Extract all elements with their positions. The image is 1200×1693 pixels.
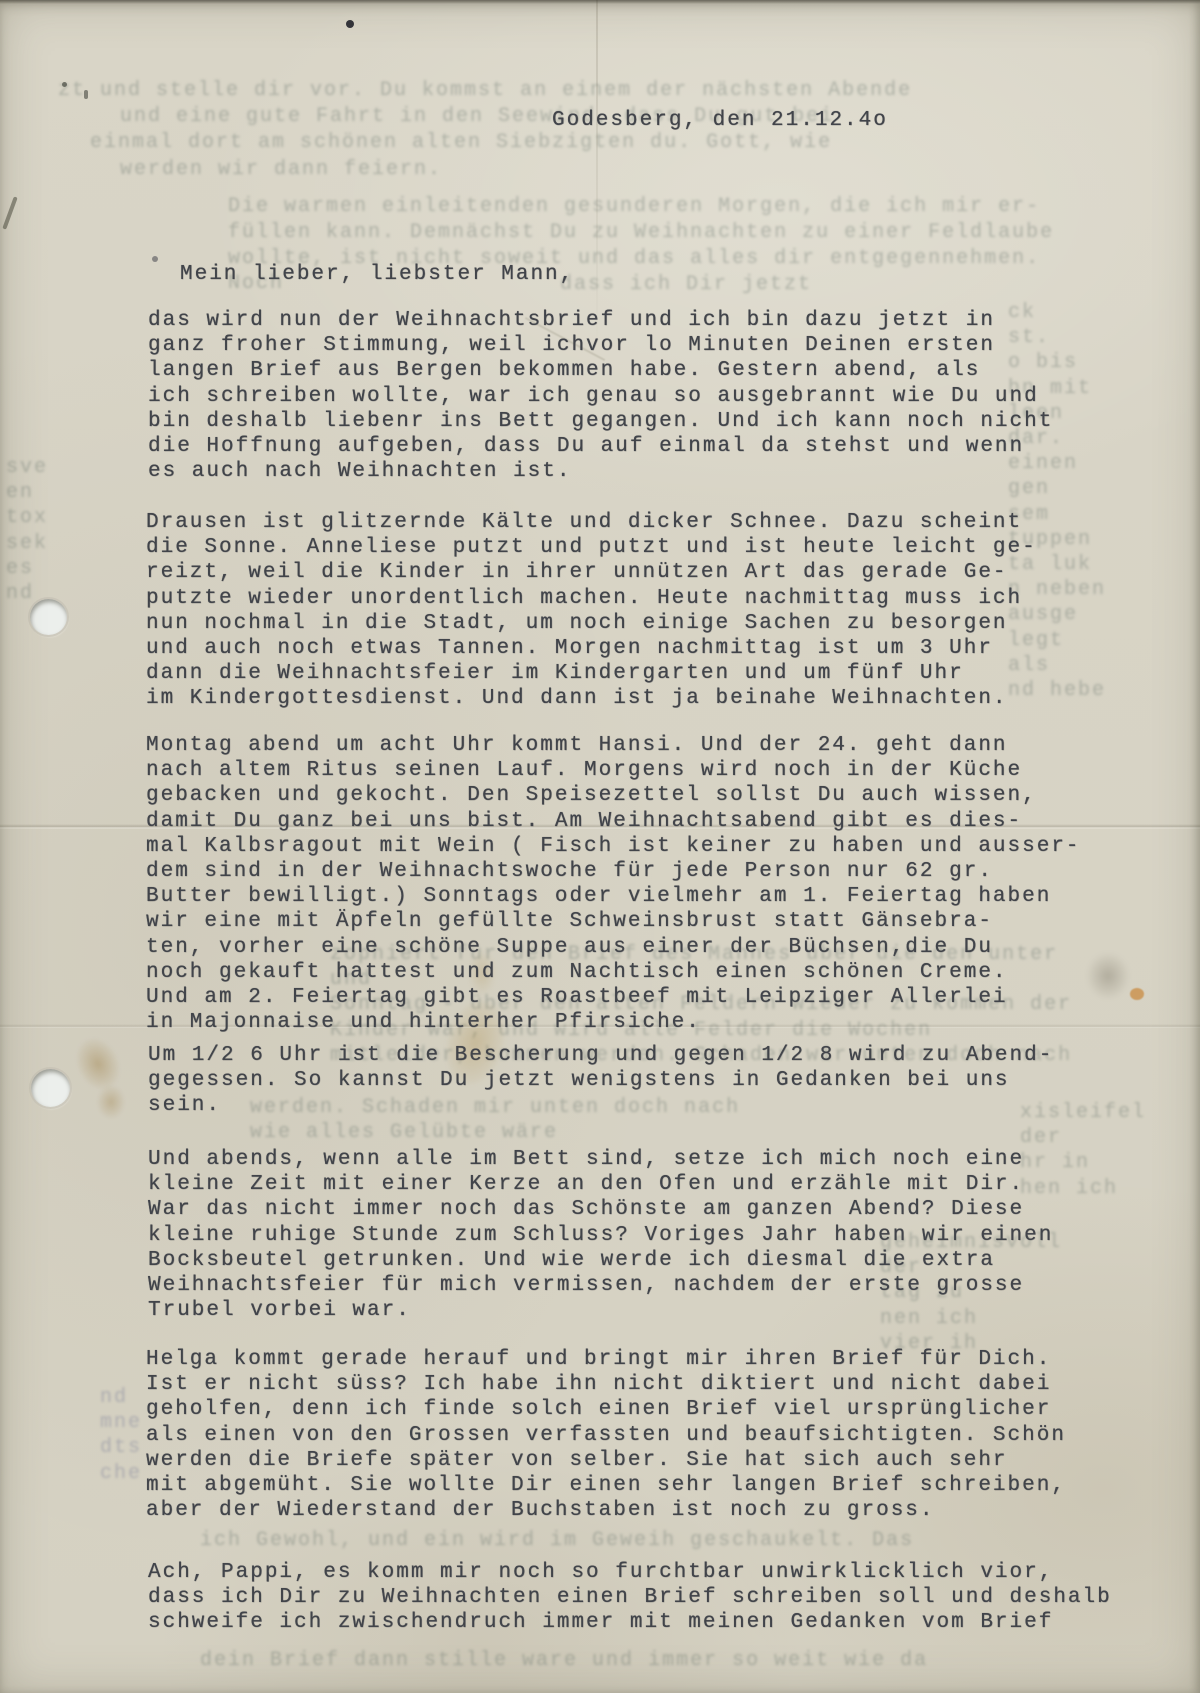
salutation: Mein lieber, liebster Mann, <box>180 262 574 287</box>
bleedthrough-text: füllen kann. Demnächst Du zu Weihnachten… <box>228 220 1108 245</box>
ink-speck <box>84 90 88 99</box>
ink-speck <box>2 196 17 229</box>
scan-edge-shadow <box>0 0 1200 4</box>
ink-speck <box>62 82 67 87</box>
stain <box>96 1084 126 1120</box>
punch-hole-bottom <box>31 1069 70 1107</box>
letter-paragraph: Montag abend um acht Uhr kommt Hansi. Un… <box>146 733 1196 1035</box>
bleedthrough-text: dass ich Dir jetzt <box>560 272 1060 297</box>
bleedthrough-text: ich Gewohl, und ein wird im Geweih gesch… <box>200 1528 980 1553</box>
bleedthrough-text: Die warmen einleitenden gesunderen Morge… <box>228 194 1108 219</box>
bleedthrough-text: zt und stelle dir vor. Du kommst an eine… <box>58 78 1088 103</box>
letter-paragraph: Ach, Pappi, es komm mir noch so furchtba… <box>148 1560 1198 1636</box>
letter-paragraph: das wird nun der Weihnachtsbrief und ich… <box>148 308 1193 484</box>
letter-paragraph: Und abends, wenn alle im Bett sind, setz… <box>148 1147 1193 1323</box>
punch-hole-top <box>30 599 67 635</box>
letter-paragraph: Um 1/2 6 Uhr ist die Bescherung und gege… <box>148 1043 1193 1119</box>
dateline: Godesberg, den 21.12.4o <box>552 108 888 133</box>
letter-paragraph: Helga kommt gerade herauf und bringt mir… <box>146 1347 1196 1523</box>
letter-page: zt und stelle dir vor. Du kommst an eine… <box>0 0 1200 1693</box>
fold-crease <box>596 0 598 350</box>
ink-speck <box>346 20 354 28</box>
ink-speck <box>152 256 158 262</box>
bleedthrough-text: dein Brief dann stille ware und immer so… <box>200 1648 1020 1673</box>
bleedthrough-text: einmal dort am schönen alten Siebzigten … <box>90 130 1090 155</box>
bleedthrough-text: werden wir dann feiern. <box>120 157 540 182</box>
bleedthrough-text: sve en tox sek es nd <box>6 455 136 606</box>
letter-paragraph: Drausen ist glitzernde Kälte und dicker … <box>146 510 1191 712</box>
